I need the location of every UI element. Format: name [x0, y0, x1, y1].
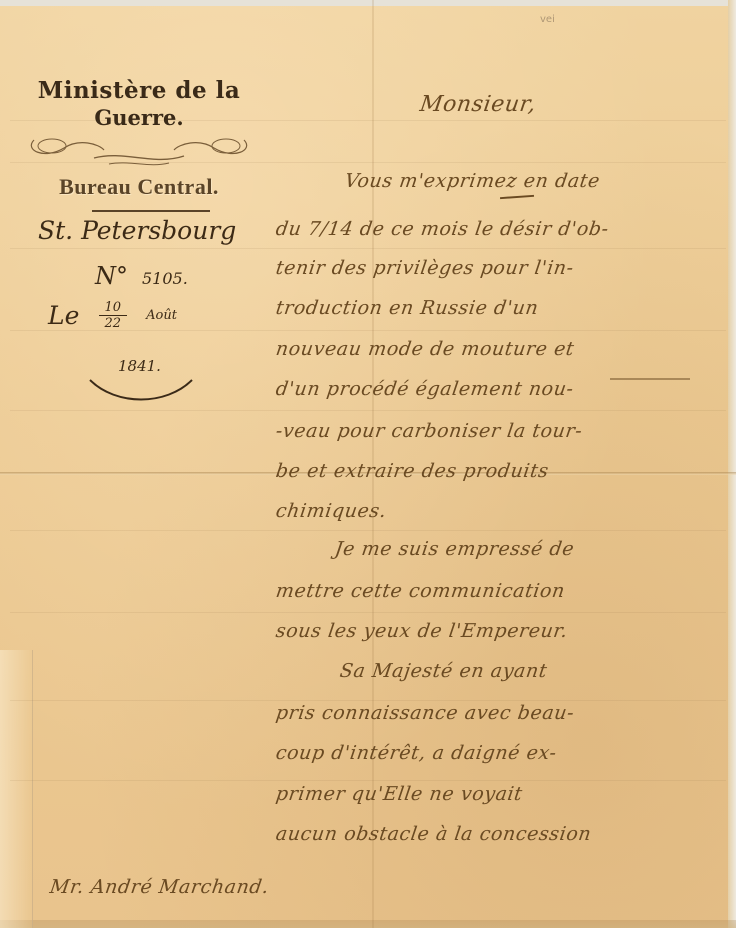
place-line: St. Petersbourg: [38, 216, 236, 245]
date-day-new-style: 22: [99, 316, 128, 331]
ministry-title-line2: Guerre.: [14, 104, 264, 132]
letterhead: Ministère de la Guerre. Bureau Central.: [14, 78, 264, 200]
date-prefix: Le: [48, 301, 79, 330]
salutation: Monsieur,: [418, 92, 537, 117]
paper-right-edge: [728, 0, 736, 928]
letterhead-rule: [92, 210, 210, 212]
body-line: be et extraire des produits: [274, 460, 550, 482]
number-value: 5105.: [142, 269, 188, 288]
calligraphic-flourish-icon: [24, 130, 254, 170]
letter-page: vei Ministère de la Guerre. Bureau Centr…: [0, 0, 736, 928]
bureau-title: Bureau Central.: [14, 174, 264, 200]
bleed-through-line: [10, 700, 726, 701]
ministry-title: Ministère de la: [14, 78, 264, 104]
addressee: Mr. André Marchand.: [48, 876, 270, 898]
body-line: tenir des privilèges pour l'in-: [274, 257, 575, 279]
body-line: coup d'intérêt, a daigné ex-: [274, 742, 558, 764]
body-line: d'un procédé également nou-: [274, 378, 575, 400]
bleed-through-line: [10, 410, 726, 411]
date-day-old-style: 10: [99, 300, 128, 316]
bleed-through-line: [10, 248, 726, 249]
body-line: nouveau mode de mouture et: [274, 338, 575, 360]
archive-mark: vei: [540, 14, 555, 25]
date-month: Août: [146, 308, 177, 323]
decorative-arc-icon: [86, 376, 196, 406]
body-line: troduction en Russie d'un: [274, 297, 540, 319]
paper-top-edge: [0, 0, 736, 6]
date-line: Le 10 22 Août: [48, 300, 177, 331]
number-label: N°: [95, 262, 128, 290]
paper-repair-strip: [0, 650, 33, 928]
body-line: Sa Majesté en ayant: [338, 660, 548, 682]
body-line: Je me suis empressé de: [333, 538, 575, 560]
date-fraction: 10 22: [99, 300, 128, 331]
body-line: du 7/14 de ce mois le désir d'ob-: [274, 218, 610, 240]
body-line: pris connaissance avec beau-: [274, 702, 575, 724]
date-year: 1841.: [118, 357, 161, 375]
body-line: mettre cette communication: [274, 580, 566, 602]
paper-bottom-edge: [0, 920, 736, 928]
reference-number: N°5105.: [95, 262, 188, 290]
body-line: aucun obstacle à la concession: [274, 823, 592, 845]
body-line: Vous m'exprimez en date: [343, 170, 601, 192]
bleed-through-line: [10, 530, 726, 531]
ink-overline: [610, 378, 690, 380]
bleed-through-line: [10, 612, 726, 613]
body-line: -veau pour carboniser la tour-: [274, 420, 583, 442]
ink-underline: [500, 195, 534, 199]
bleed-through-line: [10, 780, 726, 781]
body-line: chimiques.: [274, 500, 388, 522]
body-line: sous les yeux de l'Empereur.: [274, 620, 569, 642]
body-line: primer qu'Elle ne voyait: [274, 783, 524, 805]
